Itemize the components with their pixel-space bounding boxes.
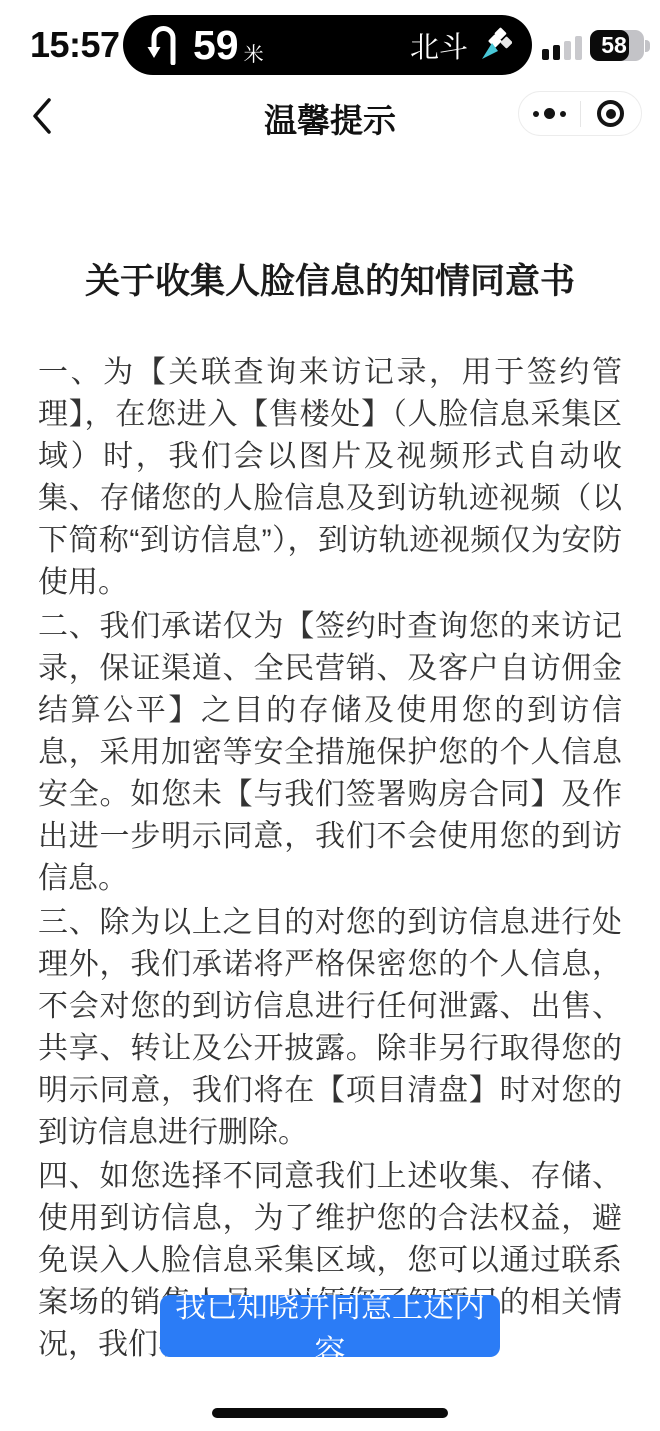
document-title: 关于收集人脸信息的知情同意书 [0, 254, 660, 304]
beidou-label: 北斗 [410, 25, 468, 66]
more-button[interactable] [519, 92, 580, 135]
distance-unit: 米 [244, 38, 264, 67]
document-body: 一、为【关联查询来访记录，用于签约管理】，在您进入【售楼处】（人脸信息采集区域）… [38, 352, 622, 1368]
distance-value: 59 [193, 22, 239, 69]
status-bar: 15:57 59 米 北斗 [0, 0, 660, 85]
paragraph-3: 三、除为以上之目的对您的到访信息进行处理外，我们承诺将严格保密您的个人信息，不会… [38, 902, 622, 1154]
nav-bar: 温馨提示 [0, 85, 660, 147]
paragraph-1: 一、为【关联查询来访记录，用于签约管理】，在您进入【售楼处】（人脸信息采集区域）… [38, 352, 622, 604]
screen: 15:57 59 米 北斗 [0, 0, 660, 1431]
satellite-icon [476, 27, 512, 63]
navigation-live-activity[interactable]: 59 米 北斗 [123, 15, 532, 75]
paragraph-2: 二、我们承诺仅为【签约时查询您的来访记录，保证渠道、全民营销、及客户自访佣金结算… [38, 606, 622, 900]
circle-dot-icon [597, 100, 624, 127]
agree-button[interactable]: 我已知晓并同意上述内容 [160, 1295, 500, 1357]
battery-percent: 58 [590, 30, 638, 61]
home-indicator[interactable] [212, 1408, 448, 1418]
cellular-signal-icon [542, 36, 582, 60]
close-button[interactable] [581, 92, 642, 135]
status-time: 15:57 [30, 24, 120, 66]
u-turn-icon [147, 25, 183, 65]
ellipsis-icon [533, 108, 566, 119]
miniprogram-capsule [518, 91, 642, 136]
battery-icon: 58 [590, 30, 644, 61]
